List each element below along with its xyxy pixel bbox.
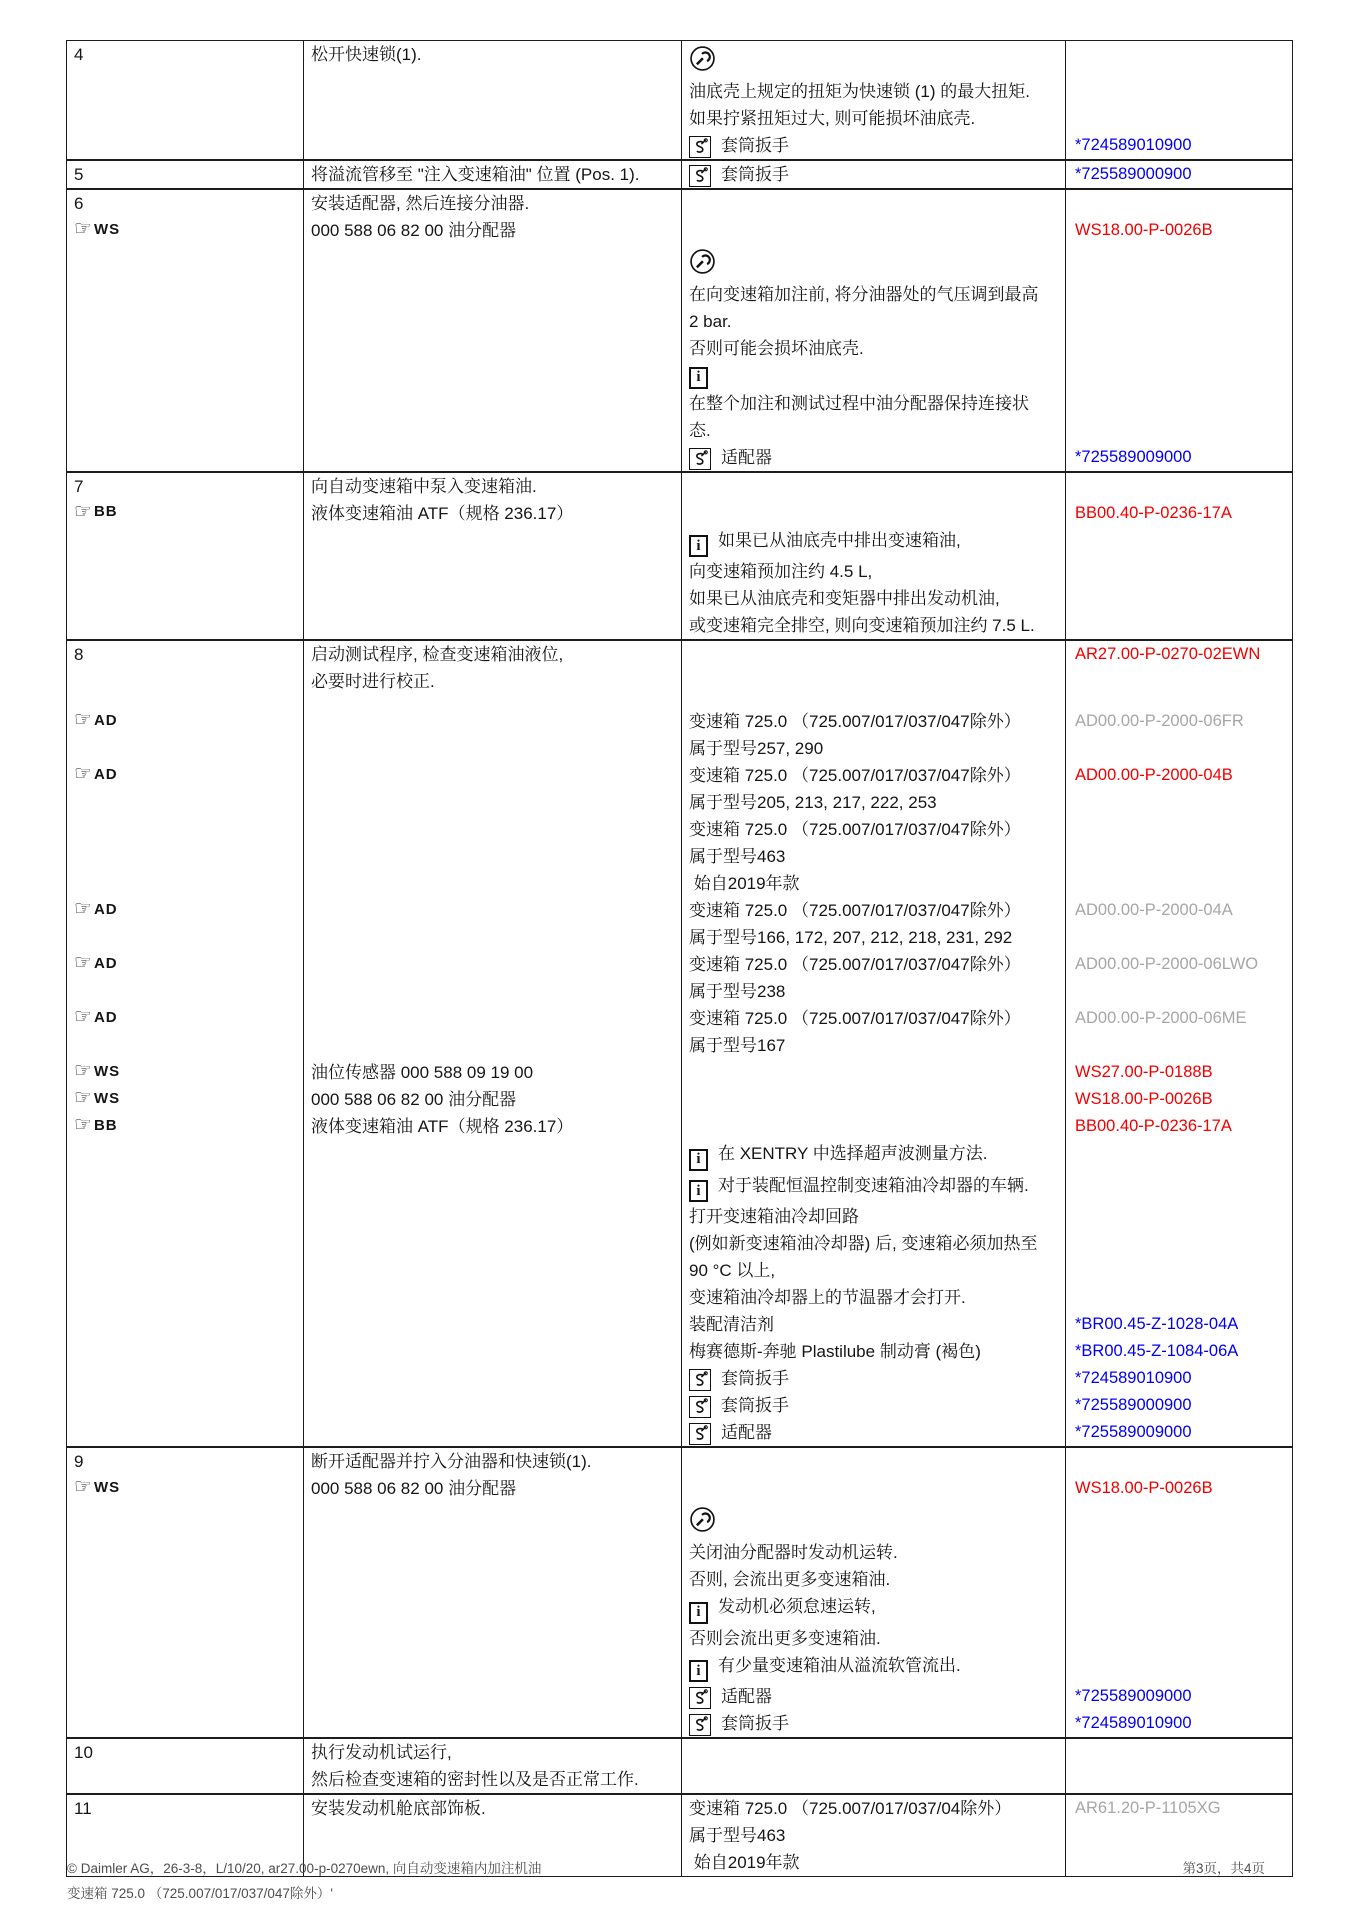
description-cell — [303, 1392, 681, 1419]
code-cell — [1065, 1766, 1292, 1793]
notes-cell — [681, 190, 1065, 217]
table-strip: 油底壳上规定的扭矩为快速锁 (1) 的最大扭矩. — [67, 78, 1292, 105]
step-cell — [67, 1502, 303, 1539]
notes-cell — [681, 1766, 1065, 1793]
marker-label: BB — [94, 1117, 118, 1134]
step-number: 7 — [74, 477, 83, 496]
note-text: 属于型号463 — [689, 1826, 785, 1845]
note-text: 在向变速箱加注前, 将分油器处的气压调到最高 — [689, 285, 1038, 304]
marker-label: WS — [94, 221, 120, 238]
code-cell — [1065, 1032, 1292, 1059]
description-cell — [303, 612, 681, 639]
table-strip: 属于型号257, 290 — [67, 735, 1292, 762]
note-text: 套筒扳手 — [721, 1369, 789, 1388]
doc-code-link[interactable]: *724589010900 — [1075, 136, 1192, 154]
table-strip: i有少量变速箱油从溢流软管流出. — [67, 1652, 1292, 1684]
code-cell — [1065, 417, 1292, 444]
note-text: 属于型号257, 290 — [689, 739, 823, 758]
step-cell — [67, 78, 303, 105]
doc-code-link[interactable]: *BR00.45-Z-1084-06A — [1075, 1342, 1238, 1360]
note-text: 90 °C 以上, — [689, 1261, 775, 1280]
step-cell: ☞AD — [67, 708, 303, 735]
table-strip: ☞WS000 588 06 82 00 油分配器WS18.00-P-0026B — [67, 217, 1292, 244]
code-cell — [1065, 1502, 1292, 1539]
code-cell — [1065, 244, 1292, 281]
table-strip — [67, 244, 1292, 281]
pointer-marker: ☞AD — [74, 953, 118, 973]
doc-code-link[interactable]: AD00.00-P-2000-06FR — [1075, 712, 1244, 730]
notes-cell: 属于型号463 — [681, 843, 1065, 870]
note-text: 否则, 会流出更多变速箱油. — [689, 1570, 890, 1589]
doc-code-link[interactable]: AR61.20-P-1105XG — [1075, 1799, 1221, 1817]
step-cell — [67, 816, 303, 843]
notes-cell: i有少量变速箱油从溢流软管流出. — [681, 1652, 1065, 1684]
pointer-marker: ☞AD — [74, 764, 118, 784]
code-cell — [1065, 1625, 1292, 1652]
notes-cell: 或变速箱完全排空, 则向变速箱预加注约 7.5 L. — [681, 612, 1065, 639]
table-strip: 4松开快速锁(1). — [67, 41, 1292, 78]
notes-cell: (例如新变速箱油冷却器) 后, 变速箱必须加热至 — [681, 1230, 1065, 1257]
notes-cell: 梅赛德斯-奔驰 Plastilube 制动膏 (褐色) — [681, 1338, 1065, 1365]
code-cell — [1065, 105, 1292, 132]
table-strip: ☞AD变速箱 725.0 （725.007/017/037/047除外）AD00… — [67, 762, 1292, 789]
step-cell — [67, 281, 303, 308]
notes-cell: 关闭油分配器时发动机运转. — [681, 1539, 1065, 1566]
pointing-hand-icon: ☞ — [74, 1477, 93, 1497]
description-cell — [303, 1005, 681, 1032]
pointer-marker: ☞AD — [74, 710, 118, 730]
info-icon: i — [689, 1149, 708, 1171]
pointing-hand-icon: ☞ — [74, 1061, 93, 1081]
note-text: (例如新变速箱油冷却器) 后, 变速箱必须加热至 — [689, 1234, 1038, 1253]
note-text: 发动机必须怠速运转, — [718, 1597, 876, 1616]
notes-cell: 2 bar. — [681, 308, 1065, 335]
pointing-hand-icon: ☞ — [74, 1088, 93, 1108]
description-cell — [303, 78, 681, 105]
instruction-text: 000 588 06 82 00 油分配器 — [311, 1090, 516, 1109]
doc-code-link[interactable]: BB00.40-P-0236-17A — [1075, 504, 1232, 522]
doc-code-link[interactable]: *725589009000 — [1075, 448, 1192, 466]
doc-code-link[interactable]: *724589010900 — [1075, 1714, 1192, 1732]
instruction-text: 松开快速锁(1). — [311, 45, 422, 64]
instruction-text: 安装适配器, 然后连接分油器. — [311, 194, 529, 213]
step-cell — [67, 335, 303, 362]
pointing-hand-icon: ☞ — [74, 502, 93, 522]
table-strip: 7向自动变速箱中泵入变速箱油. — [67, 473, 1292, 500]
table-strip: i — [67, 362, 1292, 390]
notes-cell — [681, 473, 1065, 500]
instruction-text: 油位传感器 000 588 09 19 00 — [311, 1063, 533, 1082]
code-cell: *725589000900 — [1065, 1392, 1292, 1419]
notes-cell: 如果拧紧扭矩过大, 则可能损坏油底壳. — [681, 105, 1065, 132]
note-text: 变速箱 725.0 （725.007/017/037/047除外） — [689, 955, 1021, 974]
code-cell — [1065, 612, 1292, 639]
marker-label: WS — [94, 1479, 120, 1496]
step-cell — [67, 1257, 303, 1284]
step-cell — [67, 558, 303, 585]
doc-code-link[interactable]: BB00.40-P-0236-17A — [1075, 1117, 1232, 1135]
code-cell — [1065, 308, 1292, 335]
table-row: 6安装适配器, 然后连接分油器.☞WS000 588 06 82 00 油分配器… — [67, 188, 1292, 471]
code-cell: *724589010900 — [1065, 1710, 1292, 1737]
socket-wrench-icon — [689, 136, 711, 158]
notes-cell: i发动机必须怠速运转, — [681, 1593, 1065, 1625]
code-cell — [1065, 695, 1292, 708]
table-strip: 关闭油分配器时发动机运转. — [67, 1539, 1292, 1566]
note-text: 梅赛德斯-奔驰 Plastilube 制动膏 (褐色) — [689, 1342, 981, 1361]
code-cell — [1065, 190, 1292, 217]
step-number: 10 — [74, 1743, 93, 1762]
pointing-hand-icon: ☞ — [74, 219, 93, 239]
step-cell: 11 — [67, 1795, 303, 1822]
description-cell — [303, 870, 681, 897]
pointer-marker: ☞BB — [74, 1115, 118, 1135]
description-cell — [303, 1822, 681, 1849]
torque-wrench-icon — [689, 45, 716, 72]
code-cell — [1065, 1172, 1292, 1204]
step-cell — [67, 1392, 303, 1419]
description-cell — [303, 1652, 681, 1684]
note-text: 变速箱 725.0 （725.007/017/037/047除外） — [689, 1009, 1021, 1028]
table-strip: (例如新变速箱油冷却器) 后, 变速箱必须加热至 — [67, 1230, 1292, 1257]
marker-label: AD — [94, 1009, 118, 1026]
note-text: 态. — [689, 421, 711, 440]
doc-code-link[interactable]: AD00.00-P-2000-06ME — [1075, 1009, 1247, 1027]
instruction-text: 然后检查变速箱的密封性以及是否正常工作. — [311, 1770, 639, 1789]
note-text: 适配器 — [721, 1687, 772, 1706]
step-cell: 5 — [67, 161, 303, 188]
doc-code-link[interactable]: *725589000900 — [1075, 1396, 1192, 1414]
step-cell — [67, 870, 303, 897]
note-text: 如果已从油底壳和变矩器中排出发动机油, — [689, 589, 1000, 608]
description-cell — [303, 105, 681, 132]
notes-cell: 套筒扳手 — [681, 1365, 1065, 1392]
notes-cell — [681, 1739, 1065, 1766]
notes-cell — [681, 668, 1065, 695]
table-strip: 否则, 会流出更多变速箱油. — [67, 1566, 1292, 1593]
notes-cell: 变速箱 725.0 （725.007/017/037/047除外） — [681, 708, 1065, 735]
note-text: 否则可能会损坏油底壳. — [689, 339, 864, 358]
code-cell — [1065, 558, 1292, 585]
table-row: 7向自动变速箱中泵入变速箱油.☞BB液体变速箱油 ATF（规格 236.17）B… — [67, 471, 1292, 640]
step-cell — [67, 1172, 303, 1204]
table-strip: 梅赛德斯-奔驰 Plastilube 制动膏 (褐色)*BR00.45-Z-10… — [67, 1338, 1292, 1365]
note-text: 适配器 — [721, 1423, 772, 1442]
notes-cell: i如果已从油底壳中排出变速箱油, — [681, 527, 1065, 559]
table-strip: 属于型号167 — [67, 1032, 1292, 1059]
code-cell — [1065, 1566, 1292, 1593]
notes-cell: 始自2019年款 — [681, 870, 1065, 897]
step-cell — [67, 789, 303, 816]
description-cell — [303, 390, 681, 417]
step-cell: ☞AD — [67, 762, 303, 789]
description-cell — [303, 1284, 681, 1311]
description-cell: 000 588 06 82 00 油分配器 — [303, 1475, 681, 1502]
description-cell — [303, 132, 681, 159]
code-cell — [1065, 924, 1292, 951]
step-number: 6 — [74, 194, 83, 213]
description-cell — [303, 558, 681, 585]
notes-cell: 油底壳上规定的扭矩为快速锁 (1) 的最大扭矩. — [681, 78, 1065, 105]
code-cell: *725589000900 — [1065, 161, 1292, 188]
code-cell — [1065, 281, 1292, 308]
step-cell — [67, 1230, 303, 1257]
table-strip: 9断开适配器并拧入分油器和快速锁(1). — [67, 1448, 1292, 1475]
notes-cell: 态. — [681, 417, 1065, 444]
step-cell — [67, 1652, 303, 1684]
step-number: 11 — [74, 1799, 92, 1818]
code-cell: WS27.00-P-0188B — [1065, 1059, 1292, 1086]
step-cell — [67, 308, 303, 335]
doc-code-link[interactable]: *BR00.45-Z-1028-04A — [1075, 1315, 1238, 1333]
notes-cell: 打开变速箱油冷却回路 — [681, 1203, 1065, 1230]
info-icon: i — [689, 535, 708, 557]
notes-cell: 变速箱 725.0 （725.007/017/037/047除外） — [681, 1005, 1065, 1032]
table-strip: 6安装适配器, 然后连接分油器. — [67, 190, 1292, 217]
notes-cell: i在 XENTRY 中选择超声波测量方法. — [681, 1140, 1065, 1172]
code-cell — [1065, 473, 1292, 500]
doc-code-link[interactable]: *724589010900 — [1075, 1369, 1192, 1387]
notes-cell: i对于装配恒温控制变速箱油冷却器的车辆. — [681, 1172, 1065, 1204]
description-cell — [303, 1593, 681, 1625]
table-strip: i发动机必须怠速运转, — [67, 1593, 1292, 1625]
step-cell — [67, 585, 303, 612]
doc-code-link[interactable]: *725589009000 — [1075, 1423, 1192, 1441]
step-cell: ☞AD — [67, 897, 303, 924]
code-cell — [1065, 390, 1292, 417]
table-strip: 套筒扳手*724589010900 — [67, 1710, 1292, 1737]
instruction-text: 断开适配器并拧入分油器和快速锁(1). — [311, 1452, 592, 1471]
marker-label: AD — [94, 955, 118, 972]
step-number: 8 — [74, 645, 83, 664]
code-cell — [1065, 816, 1292, 843]
note-text: 套筒扳手 — [721, 165, 789, 184]
code-cell: *BR00.45-Z-1084-06A — [1065, 1338, 1292, 1365]
doc-code-link[interactable]: WS18.00-P-0026B — [1075, 1090, 1213, 1108]
notes-cell: 否则会流出更多变速箱油. — [681, 1625, 1065, 1652]
step-cell — [67, 1338, 303, 1365]
table-strip: ☞WS000 588 06 82 00 油分配器WS18.00-P-0026B — [67, 1475, 1292, 1502]
table-strip: ☞AD变速箱 725.0 （725.007/017/037/047除外）AD00… — [67, 951, 1292, 978]
instruction-text: 000 588 06 82 00 油分配器 — [311, 221, 516, 240]
description-cell — [303, 527, 681, 559]
doc-code-link[interactable]: WS18.00-P-0026B — [1075, 1479, 1213, 1497]
notes-cell: 套筒扳手 — [681, 161, 1065, 188]
table-strip: 属于型号463 — [67, 1822, 1292, 1849]
description-cell — [303, 1683, 681, 1710]
note-text: 套筒扳手 — [721, 1714, 789, 1733]
notes-cell: 属于型号166, 172, 207, 212, 218, 231, 292 — [681, 924, 1065, 951]
table-strip: 适配器*725589009000 — [67, 444, 1292, 471]
table-row: 8启动测试程序, 检查变速箱油液位,AR27.00-P-0270-02EWN必要… — [67, 639, 1292, 1446]
table-row: 10执行发动机试运行,然后检查变速箱的密封性以及是否正常工作. — [67, 1737, 1292, 1793]
note-text: 变速箱 725.0 （725.007/017/037/047除外） — [689, 901, 1021, 920]
step-cell — [67, 924, 303, 951]
doc-code-link[interactable]: *725589009000 — [1075, 1687, 1192, 1705]
code-cell: *724589010900 — [1065, 132, 1292, 159]
code-cell: BB00.40-P-0236-17A — [1065, 500, 1292, 527]
note-text: 套筒扳手 — [721, 1396, 789, 1415]
code-cell — [1065, 335, 1292, 362]
code-cell — [1065, 1822, 1292, 1849]
spacer-strip — [67, 695, 1292, 708]
notes-cell: 否则, 会流出更多变速箱油. — [681, 1566, 1065, 1593]
step-number: 4 — [74, 45, 83, 64]
step-cell — [67, 1710, 303, 1737]
step-cell — [67, 668, 303, 695]
note-text: 始自2019年款 — [689, 1853, 800, 1872]
work-steps-table: 4松开快速锁(1).油底壳上规定的扭矩为快速锁 (1) 的最大扭矩.如果拧紧扭矩… — [66, 40, 1293, 1877]
footer-page-number: 第3页，共4页 — [1182, 1856, 1265, 1881]
code-cell — [1065, 1257, 1292, 1284]
doc-code-link[interactable]: AD00.00-P-2000-04A — [1075, 901, 1233, 919]
note-text: 打开变速箱油冷却回路 — [689, 1207, 859, 1226]
code-cell — [1065, 735, 1292, 762]
note-text: 有少量变速箱油从溢流软管流出. — [718, 1656, 961, 1675]
note-text: 始自2019年款 — [689, 874, 800, 893]
description-cell — [303, 924, 681, 951]
table-strip: 变速箱油冷却器上的节温器才会打开. — [67, 1284, 1292, 1311]
code-cell — [1065, 668, 1292, 695]
doc-code-link[interactable]: *725589000900 — [1075, 165, 1192, 183]
notes-cell: 向变速箱预加注约 4.5 L, — [681, 558, 1065, 585]
description-cell — [303, 1140, 681, 1172]
socket-wrench-icon — [689, 165, 711, 187]
instruction-text: 液体变速箱油 ATF（规格 236.17） — [311, 504, 573, 523]
description-cell: 安装发动机舱底部饰板. — [303, 1795, 681, 1822]
table-strip: ☞AD变速箱 725.0 （725.007/017/037/047除外）AD00… — [67, 708, 1292, 735]
doc-code-link[interactable]: WS18.00-P-0026B — [1075, 221, 1213, 239]
notes-cell: 始自2019年款 — [681, 1849, 1065, 1876]
table-strip: 态. — [67, 417, 1292, 444]
note-text: 变速箱 725.0 （725.007/017/037/047除外） — [689, 712, 1021, 731]
description-cell — [303, 1032, 681, 1059]
table-strip: 属于型号238 — [67, 978, 1292, 1005]
notes-cell — [681, 641, 1065, 668]
notes-cell — [681, 41, 1065, 78]
code-cell — [1065, 1652, 1292, 1684]
step-cell — [67, 612, 303, 639]
table-row: 9断开适配器并拧入分油器和快速锁(1).☞WS000 588 06 82 00 … — [67, 1446, 1292, 1737]
code-cell: WS18.00-P-0026B — [1065, 217, 1292, 244]
description-cell — [303, 1203, 681, 1230]
note-text: 属于型号238 — [689, 982, 785, 1001]
notes-cell: 在整个加注和测试过程中油分配器保持连接状 — [681, 390, 1065, 417]
step-cell: 6 — [67, 190, 303, 217]
note-text: 向变速箱预加注约 4.5 L, — [689, 562, 872, 581]
notes-cell: 适配器 — [681, 1419, 1065, 1446]
step-cell: ☞WS — [67, 1475, 303, 1502]
pointing-hand-icon: ☞ — [74, 710, 93, 730]
step-cell — [67, 417, 303, 444]
description-cell: 松开快速锁(1). — [303, 41, 681, 78]
table-strip: i在 XENTRY 中选择超声波测量方法. — [67, 1140, 1292, 1172]
doc-code-link[interactable]: WS27.00-P-0188B — [1075, 1063, 1213, 1081]
code-cell — [1065, 1140, 1292, 1172]
notes-cell: 变速箱 725.0 （725.007/017/037/047除外） — [681, 951, 1065, 978]
table-row: 4松开快速锁(1).油底壳上规定的扭矩为快速锁 (1) 的最大扭矩.如果拧紧扭矩… — [67, 41, 1292, 159]
step-cell: ☞BB — [67, 1113, 303, 1140]
description-cell — [303, 585, 681, 612]
code-cell: AR27.00-P-0270-02EWN — [1065, 641, 1292, 668]
pointing-hand-icon: ☞ — [74, 953, 93, 973]
code-cell: AD00.00-P-2000-06FR — [1065, 708, 1292, 735]
code-cell — [1065, 1539, 1292, 1566]
table-strip: 11安装发动机舱底部饰板.变速箱 725.0 （725.007/017/037/… — [67, 1795, 1292, 1822]
step-cell: 9 — [67, 1448, 303, 1475]
pointer-marker: ☞AD — [74, 1007, 118, 1027]
table-strip: ☞BB液体变速箱油 ATF（规格 236.17）BB00.40-P-0236-1… — [67, 1113, 1292, 1140]
code-cell: *725589009000 — [1065, 444, 1292, 471]
description-cell — [303, 281, 681, 308]
table-strip: 打开变速箱油冷却回路 — [67, 1203, 1292, 1230]
table-strip: 5将溢流管移至 "注入变速箱油" 位置 (Pos. 1).套筒扳手*725589… — [67, 161, 1292, 188]
note-text: 否则会流出更多变速箱油. — [689, 1629, 881, 1648]
pointing-hand-icon: ☞ — [74, 764, 93, 784]
description-cell — [303, 897, 681, 924]
description-cell: 安装适配器, 然后连接分油器. — [303, 190, 681, 217]
instruction-text: 将溢流管移至 "注入变速箱油" 位置 (Pos. 1). — [311, 165, 639, 184]
doc-code-link[interactable]: AR27.00-P-0270-02EWN — [1075, 645, 1260, 663]
note-text: 套筒扳手 — [721, 136, 789, 155]
step-cell — [67, 1311, 303, 1338]
pointing-hand-icon: ☞ — [74, 1007, 93, 1027]
notes-cell — [681, 244, 1065, 281]
torque-wrench-icon — [689, 248, 716, 275]
code-cell — [1065, 527, 1292, 559]
notes-cell: 属于型号205, 213, 217, 222, 253 — [681, 789, 1065, 816]
code-cell: *725589009000 — [1065, 1683, 1292, 1710]
notes-cell: 变速箱油冷却器上的节温器才会打开. — [681, 1284, 1065, 1311]
note-text: 2 bar. — [689, 312, 732, 331]
notes-cell — [681, 1448, 1065, 1475]
doc-code-link[interactable]: AD00.00-P-2000-04B — [1075, 766, 1233, 784]
doc-code-link[interactable]: AD00.00-P-2000-06LWO — [1075, 955, 1258, 973]
code-cell — [1065, 978, 1292, 1005]
code-cell — [1065, 843, 1292, 870]
table-strip: 否则可能会损坏油底壳. — [67, 335, 1292, 362]
table-strip: i对于装配恒温控制变速箱油冷却器的车辆. — [67, 1172, 1292, 1204]
description-cell: 然后检查变速箱的密封性以及是否正常工作. — [303, 1766, 681, 1793]
note-text: 变速箱 725.0 （725.007/017/037/047除外） — [689, 820, 1021, 839]
code-cell — [1065, 78, 1292, 105]
table-strip: 适配器*725589009000 — [67, 1683, 1292, 1710]
marker-label: AD — [94, 766, 118, 783]
step-cell — [67, 244, 303, 281]
description-cell — [303, 789, 681, 816]
note-text: 变速箱油冷却器上的节温器才会打开. — [689, 1288, 966, 1307]
step-cell — [67, 1032, 303, 1059]
note-text: 属于型号463 — [689, 847, 785, 866]
step-cell — [67, 978, 303, 1005]
notes-cell: 否则可能会损坏油底壳. — [681, 335, 1065, 362]
socket-wrench-icon — [689, 1396, 711, 1418]
description-cell — [303, 308, 681, 335]
step-cell — [67, 1419, 303, 1446]
description-cell: 启动测试程序, 检查变速箱油液位, — [303, 641, 681, 668]
marker-label: WS — [94, 1090, 120, 1107]
table-strip: 套筒扳手*724589010900 — [67, 1365, 1292, 1392]
description-cell — [303, 843, 681, 870]
instruction-text: 安装发动机舱底部饰板. — [311, 1799, 486, 1818]
step-cell — [67, 843, 303, 870]
notes-cell — [681, 217, 1065, 244]
table-strip: 向变速箱预加注约 4.5 L, — [67, 558, 1292, 585]
step-cell: 10 — [67, 1739, 303, 1766]
code-cell — [1065, 789, 1292, 816]
notes-cell: 适配器 — [681, 1683, 1065, 1710]
table-strip: 90 °C 以上, — [67, 1257, 1292, 1284]
